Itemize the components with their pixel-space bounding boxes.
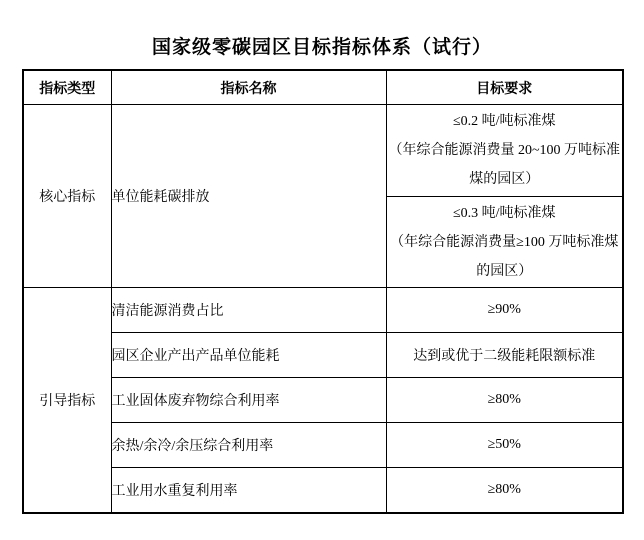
- table-row: 工业用水重复利用率 ≥80%: [23, 468, 623, 513]
- header-indicator-type: 指标类型: [23, 70, 111, 105]
- header-target-requirement: 目标要求: [386, 70, 623, 105]
- page-title: 国家级零碳园区目标指标体系（试行）: [0, 36, 644, 60]
- target-condition: （年综合能源消费量≥100 万吨标准煤的园区）: [387, 228, 623, 286]
- cell-type-core: 核心指标: [23, 105, 111, 288]
- target-multiline: ≤0.2 吨/吨标准煤 （年综合能源消费量 20~100 万吨标准煤的园区）: [387, 107, 623, 194]
- cell-target-waste-heat-utilization: ≥50%: [386, 423, 623, 468]
- cell-name-industrial-water-reuse: 工业用水重复利用率: [111, 468, 386, 513]
- cell-target-industrial-water-reuse: ≥80%: [386, 468, 623, 513]
- target-value: ≤0.3 吨/吨标准煤: [387, 199, 623, 228]
- cell-name-solid-waste-utilization: 工业固体废弃物综合利用率: [111, 378, 386, 423]
- cell-target-core-tier2: ≤0.3 吨/吨标准煤 （年综合能源消费量≥100 万吨标准煤的园区）: [386, 197, 623, 288]
- cell-name-product-unit-energy: 园区企业产出产品单位能耗: [111, 333, 386, 378]
- table-row: 核心指标 单位能耗碳排放 ≤0.2 吨/吨标准煤 （年综合能源消费量 20~10…: [23, 105, 623, 197]
- table-header-row: 指标类型 指标名称 目标要求: [23, 70, 623, 105]
- table-row: 园区企业产出产品单位能耗 达到或优于二级能耗限额标准: [23, 333, 623, 378]
- table-row: 余热/余冷/余压综合利用率 ≥50%: [23, 423, 623, 468]
- cell-name-carbon-per-energy: 单位能耗碳排放: [111, 105, 386, 288]
- target-multiline: ≤0.3 吨/吨标准煤 （年综合能源消费量≥100 万吨标准煤的园区）: [387, 199, 623, 286]
- cell-type-guide: 引导指标: [23, 288, 111, 513]
- indicator-table: 指标类型 指标名称 目标要求 核心指标 单位能耗碳排放 ≤0.2 吨/吨标准煤 …: [22, 69, 624, 514]
- cell-target-clean-energy-share: ≥90%: [386, 288, 623, 333]
- cell-name-waste-heat-utilization: 余热/余冷/余压综合利用率: [111, 423, 386, 468]
- cell-target-core-tier1: ≤0.2 吨/吨标准煤 （年综合能源消费量 20~100 万吨标准煤的园区）: [386, 105, 623, 197]
- target-value: ≤0.2 吨/吨标准煤: [387, 107, 623, 136]
- cell-name-clean-energy-share: 清洁能源消费占比: [111, 288, 386, 333]
- cell-target-solid-waste-utilization: ≥80%: [386, 378, 623, 423]
- table-row: 引导指标 清洁能源消费占比 ≥90%: [23, 288, 623, 333]
- cell-target-product-unit-energy: 达到或优于二级能耗限额标准: [386, 333, 623, 378]
- header-indicator-name: 指标名称: [111, 70, 386, 105]
- target-condition: （年综合能源消费量 20~100 万吨标准煤的园区）: [387, 136, 623, 194]
- table-row: 工业固体废弃物综合利用率 ≥80%: [23, 378, 623, 423]
